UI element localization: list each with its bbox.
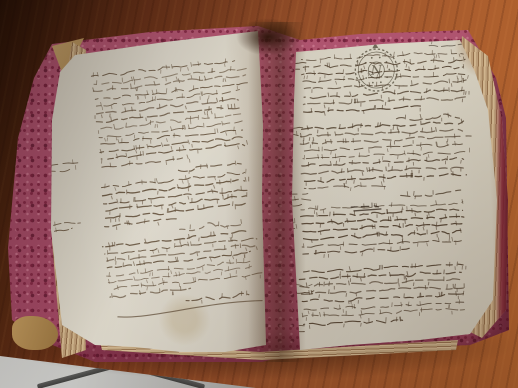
gutter-shadow bbox=[248, 22, 306, 362]
cover-worn-corner-bottom bbox=[12, 316, 58, 350]
left-page-handwriting bbox=[45, 25, 270, 360]
spine-head-shadow bbox=[236, 18, 300, 56]
handwriting-paragraph bbox=[100, 169, 254, 242]
margin-note bbox=[53, 219, 81, 232]
handwriting-paragraph bbox=[299, 118, 474, 204]
handwriting-paragraph bbox=[90, 57, 256, 183]
stamp-monogram: N bbox=[369, 63, 383, 79]
photo-scene: N bbox=[0, 0, 518, 388]
right-page: N bbox=[270, 30, 510, 360]
margin-note bbox=[51, 159, 79, 173]
handwriting-paragraph bbox=[300, 199, 466, 259]
left-page bbox=[45, 25, 270, 360]
handwriting-paragraph bbox=[301, 49, 470, 128]
right-page-handwriting: N bbox=[270, 30, 510, 360]
handwriting-paragraph bbox=[102, 227, 265, 319]
handwriting-paragraph bbox=[299, 261, 468, 329]
signature-flourish bbox=[117, 299, 263, 318]
